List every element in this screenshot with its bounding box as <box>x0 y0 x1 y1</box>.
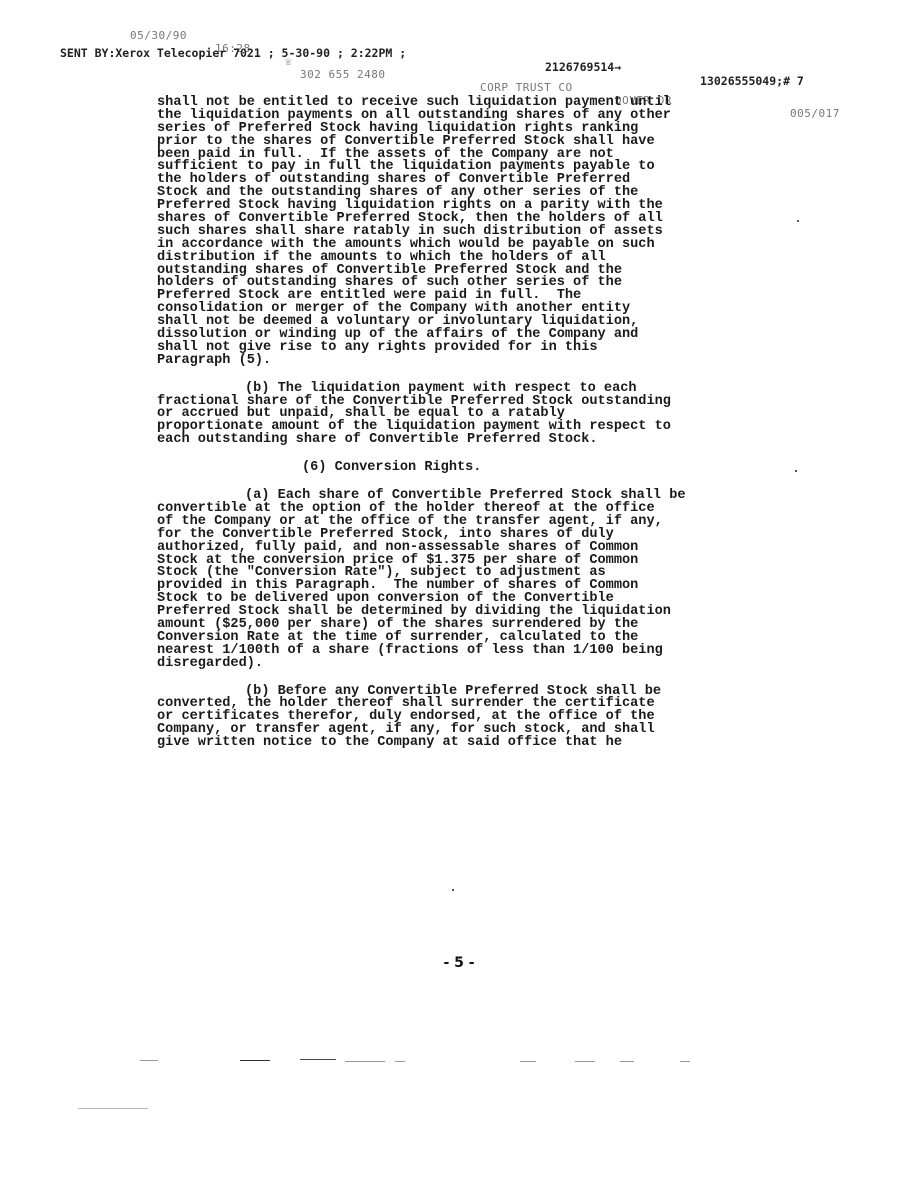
fax-page: 005/017 <box>790 107 840 120</box>
paragraph-5b: (b) The liquidation payment with respect… <box>157 383 787 447</box>
paragraph-5a-continued: shall not be entitled to receive such li… <box>157 97 787 368</box>
paragraph-6a: (a) Each share of Convertible Preferred … <box>157 490 787 670</box>
fax-from-number: 2126769514→ <box>545 60 621 74</box>
fax-to-number: 13026555049;# 7 <box>700 74 804 88</box>
fax-header-line-2: SENT BY:Xerox Telecopier 7021 ; 5-30-90 … <box>0 32 918 88</box>
section-6-heading: (6) Conversion Rights. <box>157 462 787 475</box>
page-number: - 5 - <box>0 955 918 971</box>
document-body: shall not be entitled to receive such li… <box>157 97 787 750</box>
text-line: disregarded). <box>157 658 787 671</box>
paragraph-6b: (b) Before any Convertible Preferred Sto… <box>157 686 787 750</box>
fax-sent-by: SENT BY:Xerox Telecopier 7021 ; 5-30-90 … <box>60 46 406 60</box>
text-line: each outstanding share of Convertible Pr… <box>157 434 787 447</box>
text-line: give written notice to the Company at sa… <box>157 737 787 750</box>
text-line: Paragraph (5). <box>157 355 787 368</box>
